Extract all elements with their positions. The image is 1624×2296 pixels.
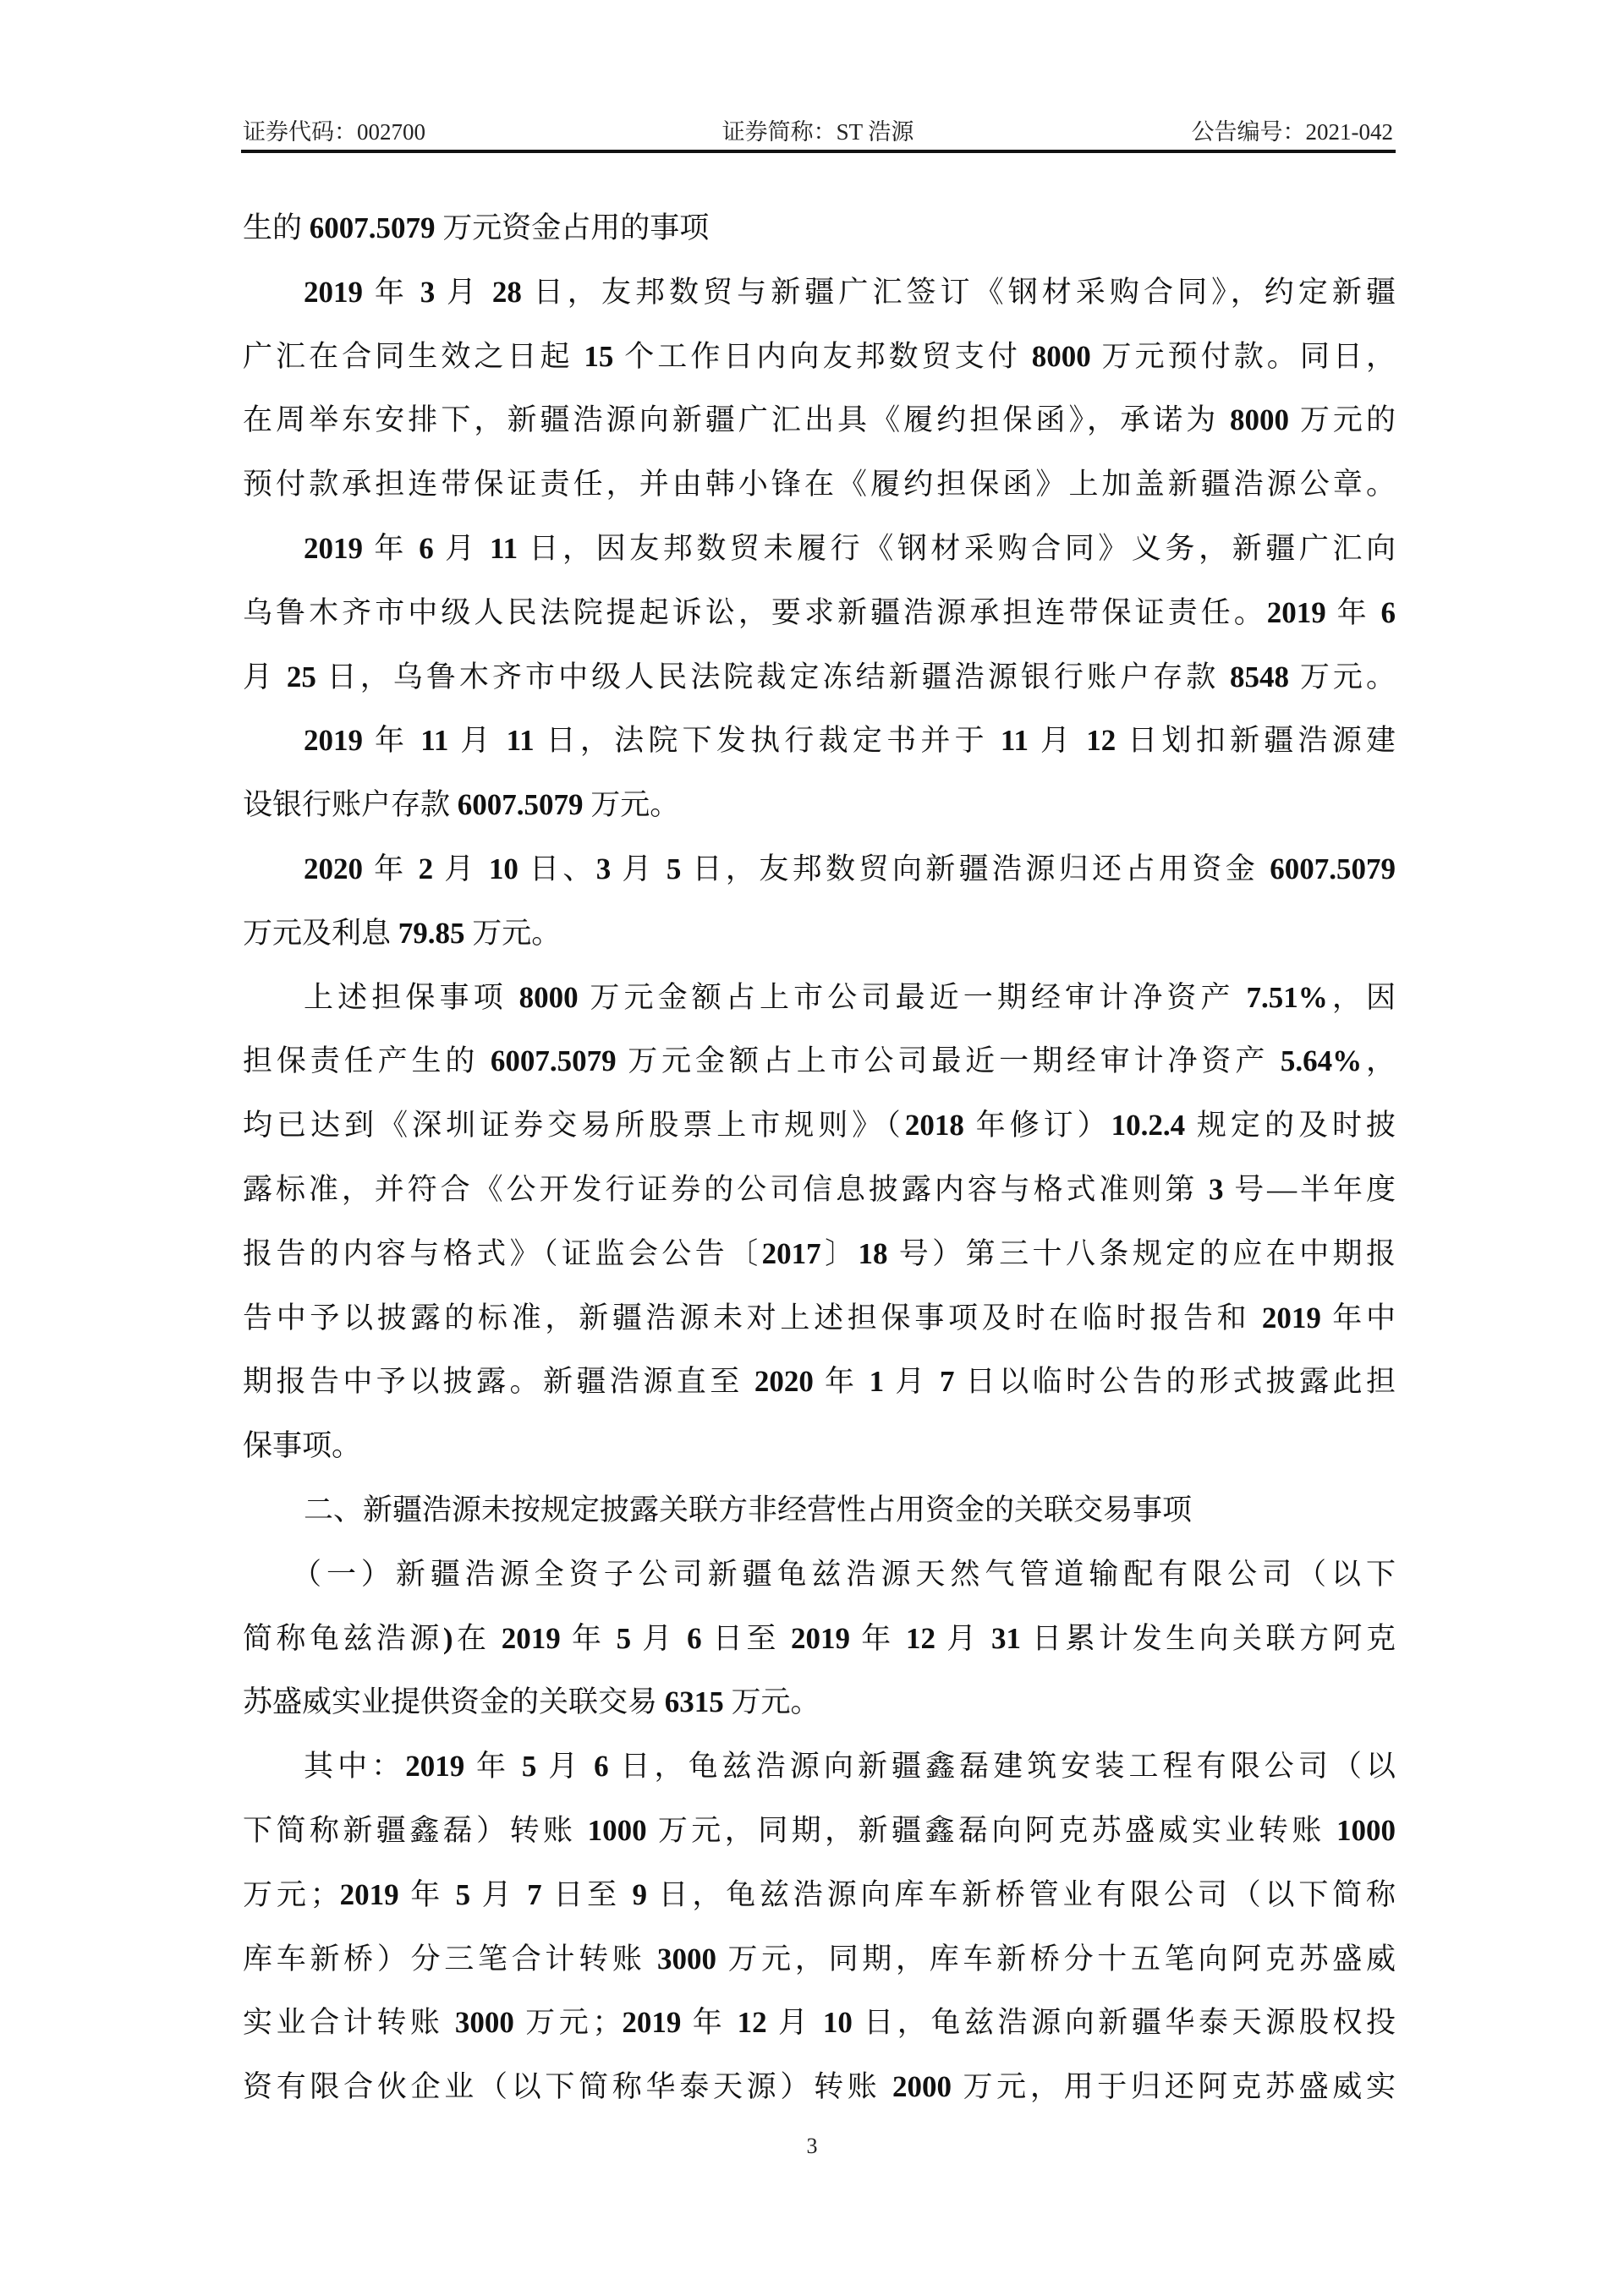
text-line: 均已达到《深圳证券交易所股票上市规则》（2018 年修订）10.2.4 规定的及… <box>243 1093 1396 1158</box>
text-line: 设银行账户存款 6007.5079 万元。 <box>243 773 1396 837</box>
text-line: 2020 年 2 月 10 日、3 月 5 日，友邦数贸向新疆浩源归还占用资金 … <box>243 837 1396 901</box>
text-line: 其中：2019 年 5 月 6 日，龟兹浩源向新疆鑫磊建筑安装工程有限公司（以 <box>243 1734 1396 1799</box>
text-line: 2019 年 11 月 11 日，法院下发执行裁定书并于 11 月 12 日划扣… <box>243 709 1396 773</box>
text-line: 下简称新疆鑫磊）转账 1000 万元，同期，新疆鑫磊向阿克苏盛威实业转账 100… <box>243 1799 1396 1863</box>
text-line: 露标准，并符合《公开发行证券的公司信息披露内容与格式准则第 3 号—半年度 <box>243 1158 1396 1222</box>
text-line: 广汇在合同生效之日起 15 个工作日内向友邦数贸支付 8000 万元预付款。同日… <box>243 325 1396 389</box>
subsection-heading: （一）新疆浩源全资子公司新疆龟兹浩源天然气管道输配有限公司（以下 <box>243 1543 1396 1607</box>
text-line: 2019 年 3 月 28 日，友邦数贸与新疆广汇签订《钢材采购合同》，约定新疆 <box>243 260 1396 325</box>
page-header: 证券代码：002700 证券简称：ST 浩源 公告编号：2021-042 <box>243 110 1393 144</box>
text-line: 告中予以披露的标准，新疆浩源未对上述担保事项及时在临时报告和 2019 年中 <box>243 1286 1396 1351</box>
body-text: 生的 6007.5079 万元资金占用的事项 2019 年 3 月 28 日，友… <box>243 196 1396 2119</box>
document-page: 证券代码：002700 证券简称：ST 浩源 公告编号：2021-042 生的 … <box>0 0 1624 2296</box>
text-line: 实业合计转账 3000 万元；2019 年 12 月 10 日，龟兹浩源向新疆华… <box>243 1991 1396 2055</box>
text-line: 报告的内容与格式》（证监会公告〔2017〕18 号）第三十八条规定的应在中期报 <box>243 1222 1396 1286</box>
text-line: 资有限合伙企业（以下简称华泰天源）转账 2000 万元，用于归还阿克苏盛威实 <box>243 2055 1396 2119</box>
text-line: 万元及利息 79.85 万元。 <box>243 901 1396 966</box>
text-line: 生的 6007.5079 万元资金占用的事项 <box>243 196 1396 260</box>
text-line: 月 25 日，乌鲁木齐市中级人民法院裁定冻结新疆浩源银行账户存款 8548 万元… <box>243 645 1396 710</box>
header-rule <box>241 150 1396 153</box>
text-line: 简称龟兹浩源)在 2019 年 5 月 6 日至 2019 年 12 月 31 … <box>243 1607 1396 1671</box>
text-line: 上述担保事项 8000 万元金额占上市公司最近一期经审计净资产 7.51%，因 <box>243 966 1396 1030</box>
text-line: 库车新桥）分三笔合计转账 3000 万元，同期，库车新桥分十五笔向阿克苏盛威 <box>243 1927 1396 1992</box>
text-line: 在周举东安排下，新疆浩源向新疆广汇出具《履约担保函》，承诺为 8000 万元的 <box>243 388 1396 452</box>
text-line: 预付款承担连带保证责任，并由韩小锋在《履约担保函》上加盖新疆浩源公章。 <box>243 452 1396 517</box>
notice-number: 公告编号：2021-042 <box>1192 113 1394 146</box>
text-line: 担保责任产生的 6007.5079 万元金额占上市公司最近一期经审计净资产 5.… <box>243 1029 1396 1093</box>
section-heading: 二、新疆浩源未按规定披露关联方非经营性占用资金的关联交易事项 <box>243 1478 1396 1543</box>
text-line: 苏盛威实业提供资金的关联交易 6315 万元。 <box>243 1670 1396 1734</box>
text-line: 2019 年 6 月 11 日，因友邦数贸未履行《钢材采购合同》义务，新疆广汇向 <box>243 517 1396 581</box>
text-line: 万元；2019 年 5 月 7 日至 9 日，龟兹浩源向库车新桥管业有限公司（以… <box>243 1863 1396 1927</box>
text-line: 保事项。 <box>243 1414 1396 1478</box>
text-line: 期报告中予以披露。新疆浩源直至 2020 年 1 月 7 日以临时公告的形式披露… <box>243 1350 1396 1414</box>
page-number: 3 <box>0 2134 1624 2159</box>
text-line: 乌鲁木齐市中级人民法院提起诉讼，要求新疆浩源承担连带保证责任。2019 年 6 <box>243 581 1396 645</box>
